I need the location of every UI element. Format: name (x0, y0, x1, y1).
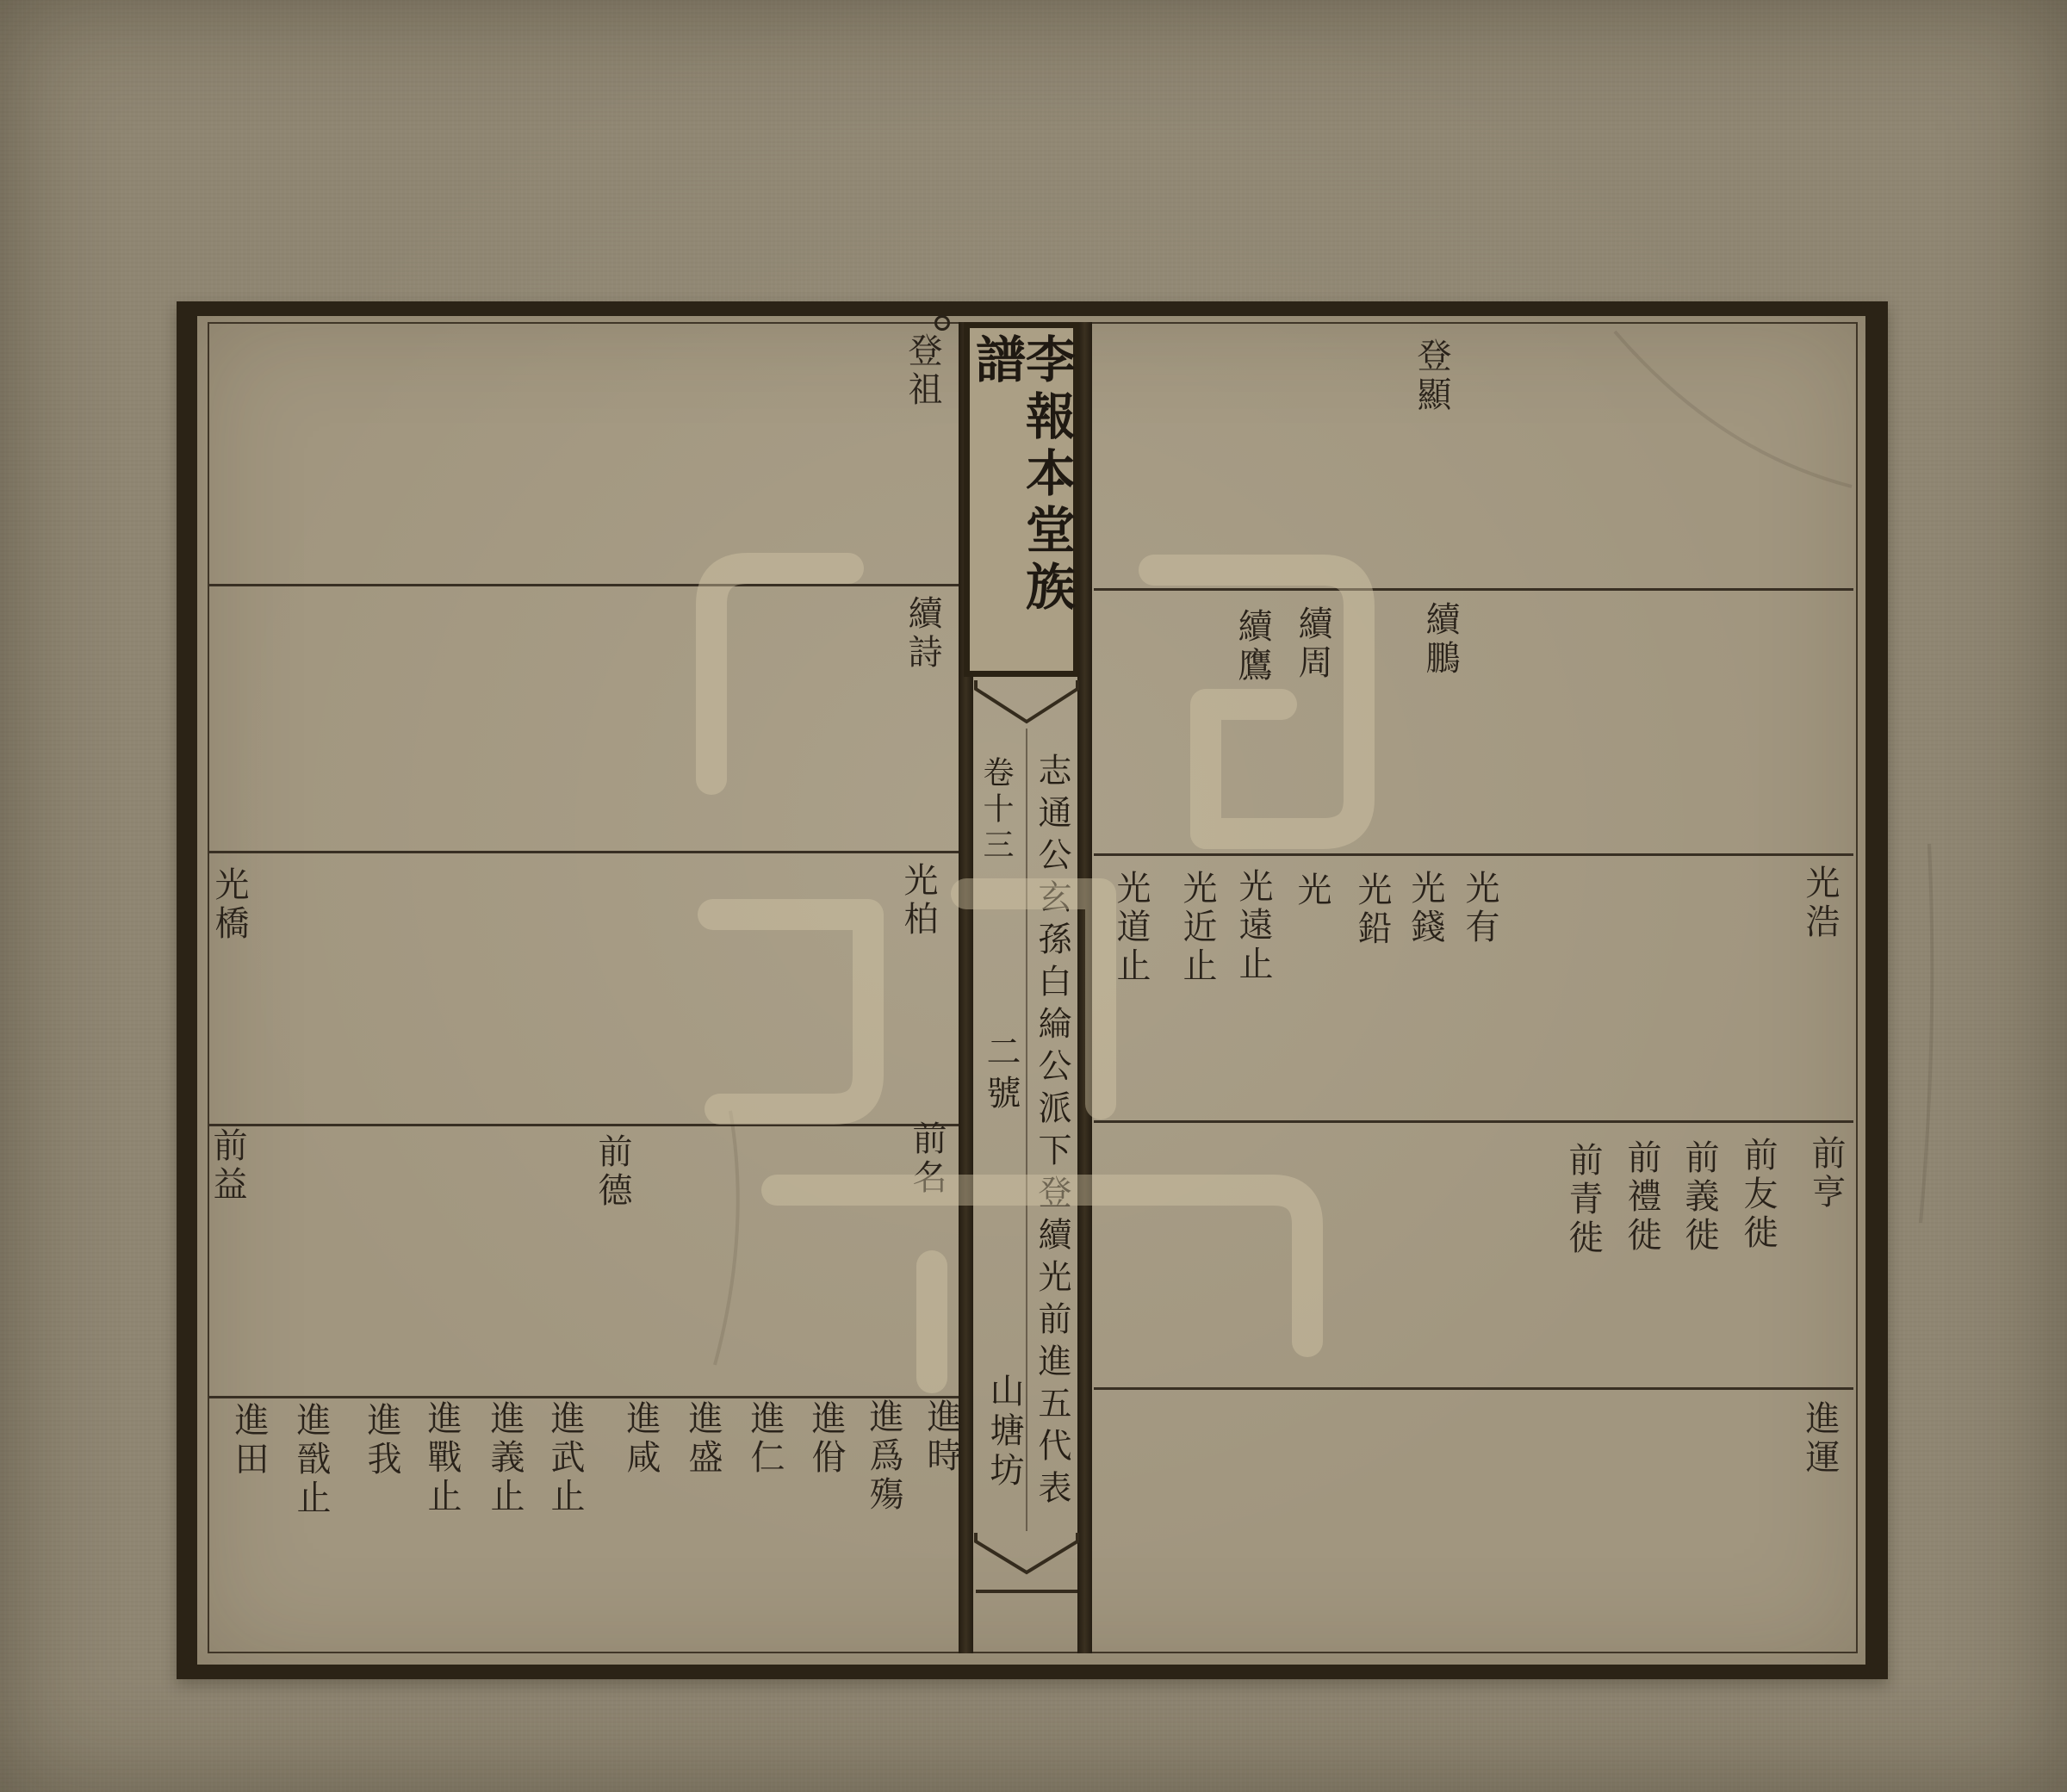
name-jin-wo: 進我 (364, 1402, 399, 1479)
name-guang-jin: 光近止 (1180, 870, 1214, 986)
lineage-note: 志通公玄孫白綸公派下登續光前進五代表 (1035, 753, 1069, 1512)
spine-right-bar (1077, 322, 1092, 1653)
name-jin-jian: 進戩止 (294, 1402, 328, 1518)
name-guang-qian: 光錢 (1408, 870, 1443, 947)
left-gen-rule-3 (209, 1124, 959, 1126)
book-title: 李報本堂族譜 (971, 333, 1071, 671)
spine-title-box: 李報本堂族譜 (964, 322, 1079, 677)
right-gen-rule-3 (1094, 1120, 1853, 1123)
name-guang-you: 光有 (1462, 870, 1497, 947)
name-guang-bo: 光柏 (901, 862, 935, 939)
name-deng-xian: 登顯 (1414, 338, 1449, 415)
volume-label: 卷十三 (980, 756, 1011, 865)
left-gen-rule-2 (209, 851, 959, 853)
annotation-circle-marker (934, 315, 950, 331)
name-guang-qiao: 光橋 (212, 866, 246, 944)
name-qian-de: 前德 (595, 1133, 630, 1211)
right-gen-rule-2 (1094, 853, 1853, 856)
name-jin-wei: 進爲殤 (866, 1398, 901, 1515)
name-qian-ming: 前名 (909, 1120, 944, 1198)
name-jin-shi: 進時 (924, 1398, 959, 1476)
sheet-number: 二號 (984, 1033, 1018, 1116)
left-gen-rule-4 (209, 1396, 959, 1398)
name-xu-ying: 續鷹 (1235, 608, 1269, 685)
left-gen-rule-1 (209, 584, 959, 586)
name-jin-xian: 進咸 (624, 1400, 658, 1478)
name-guang-yan: 光鉛 (1355, 871, 1389, 949)
name-qian-you: 前友徙 (1741, 1137, 1775, 1253)
name-xu-shi: 續詩 (905, 595, 940, 673)
genealogy-scan-page: 李報本堂族譜 卷十三 志通公玄孫白綸公派下登續光前進五代表 二號 山塘坊 登顯 … (0, 0, 2067, 1792)
name-xu-zhou: 續周 (1295, 605, 1330, 683)
name-jin-yi4: 進義止 (487, 1400, 522, 1516)
name-guang-hao: 光浩 (1803, 865, 1837, 942)
name-jin-yun: 進運 (1803, 1400, 1837, 1478)
name-jin-ren: 進仁 (748, 1400, 782, 1478)
name-jin-yi3: 進佾 (809, 1400, 843, 1478)
name-deng-zu: 登祖 (905, 332, 940, 410)
name-qian-li: 前禮徙 (1624, 1139, 1659, 1256)
name-xu-peng: 續鵬 (1423, 601, 1457, 679)
right-gen-rule-4 (1094, 1387, 1853, 1390)
right-gen-rule-1 (1094, 588, 1853, 591)
name-qian-yi2: 前益 (210, 1127, 245, 1205)
name-guang-yuan: 光遠止 (1236, 868, 1270, 984)
name-qian-heng: 前亨 (1809, 1135, 1843, 1212)
name-guang: 光 (1294, 871, 1329, 910)
name-jin-zhan: 進戰止 (425, 1400, 459, 1516)
name-jin-tian: 進田 (232, 1402, 266, 1479)
name-qian-yi: 前義徙 (1682, 1139, 1716, 1256)
name-jin-sheng: 進盛 (686, 1400, 720, 1478)
name-guang-dao: 光道止 (1114, 870, 1148, 986)
name-jin-wu: 進武止 (548, 1400, 582, 1516)
name-qian-qing: 前青徙 (1566, 1142, 1600, 1258)
place-label: 山塘坊 (987, 1373, 1021, 1491)
